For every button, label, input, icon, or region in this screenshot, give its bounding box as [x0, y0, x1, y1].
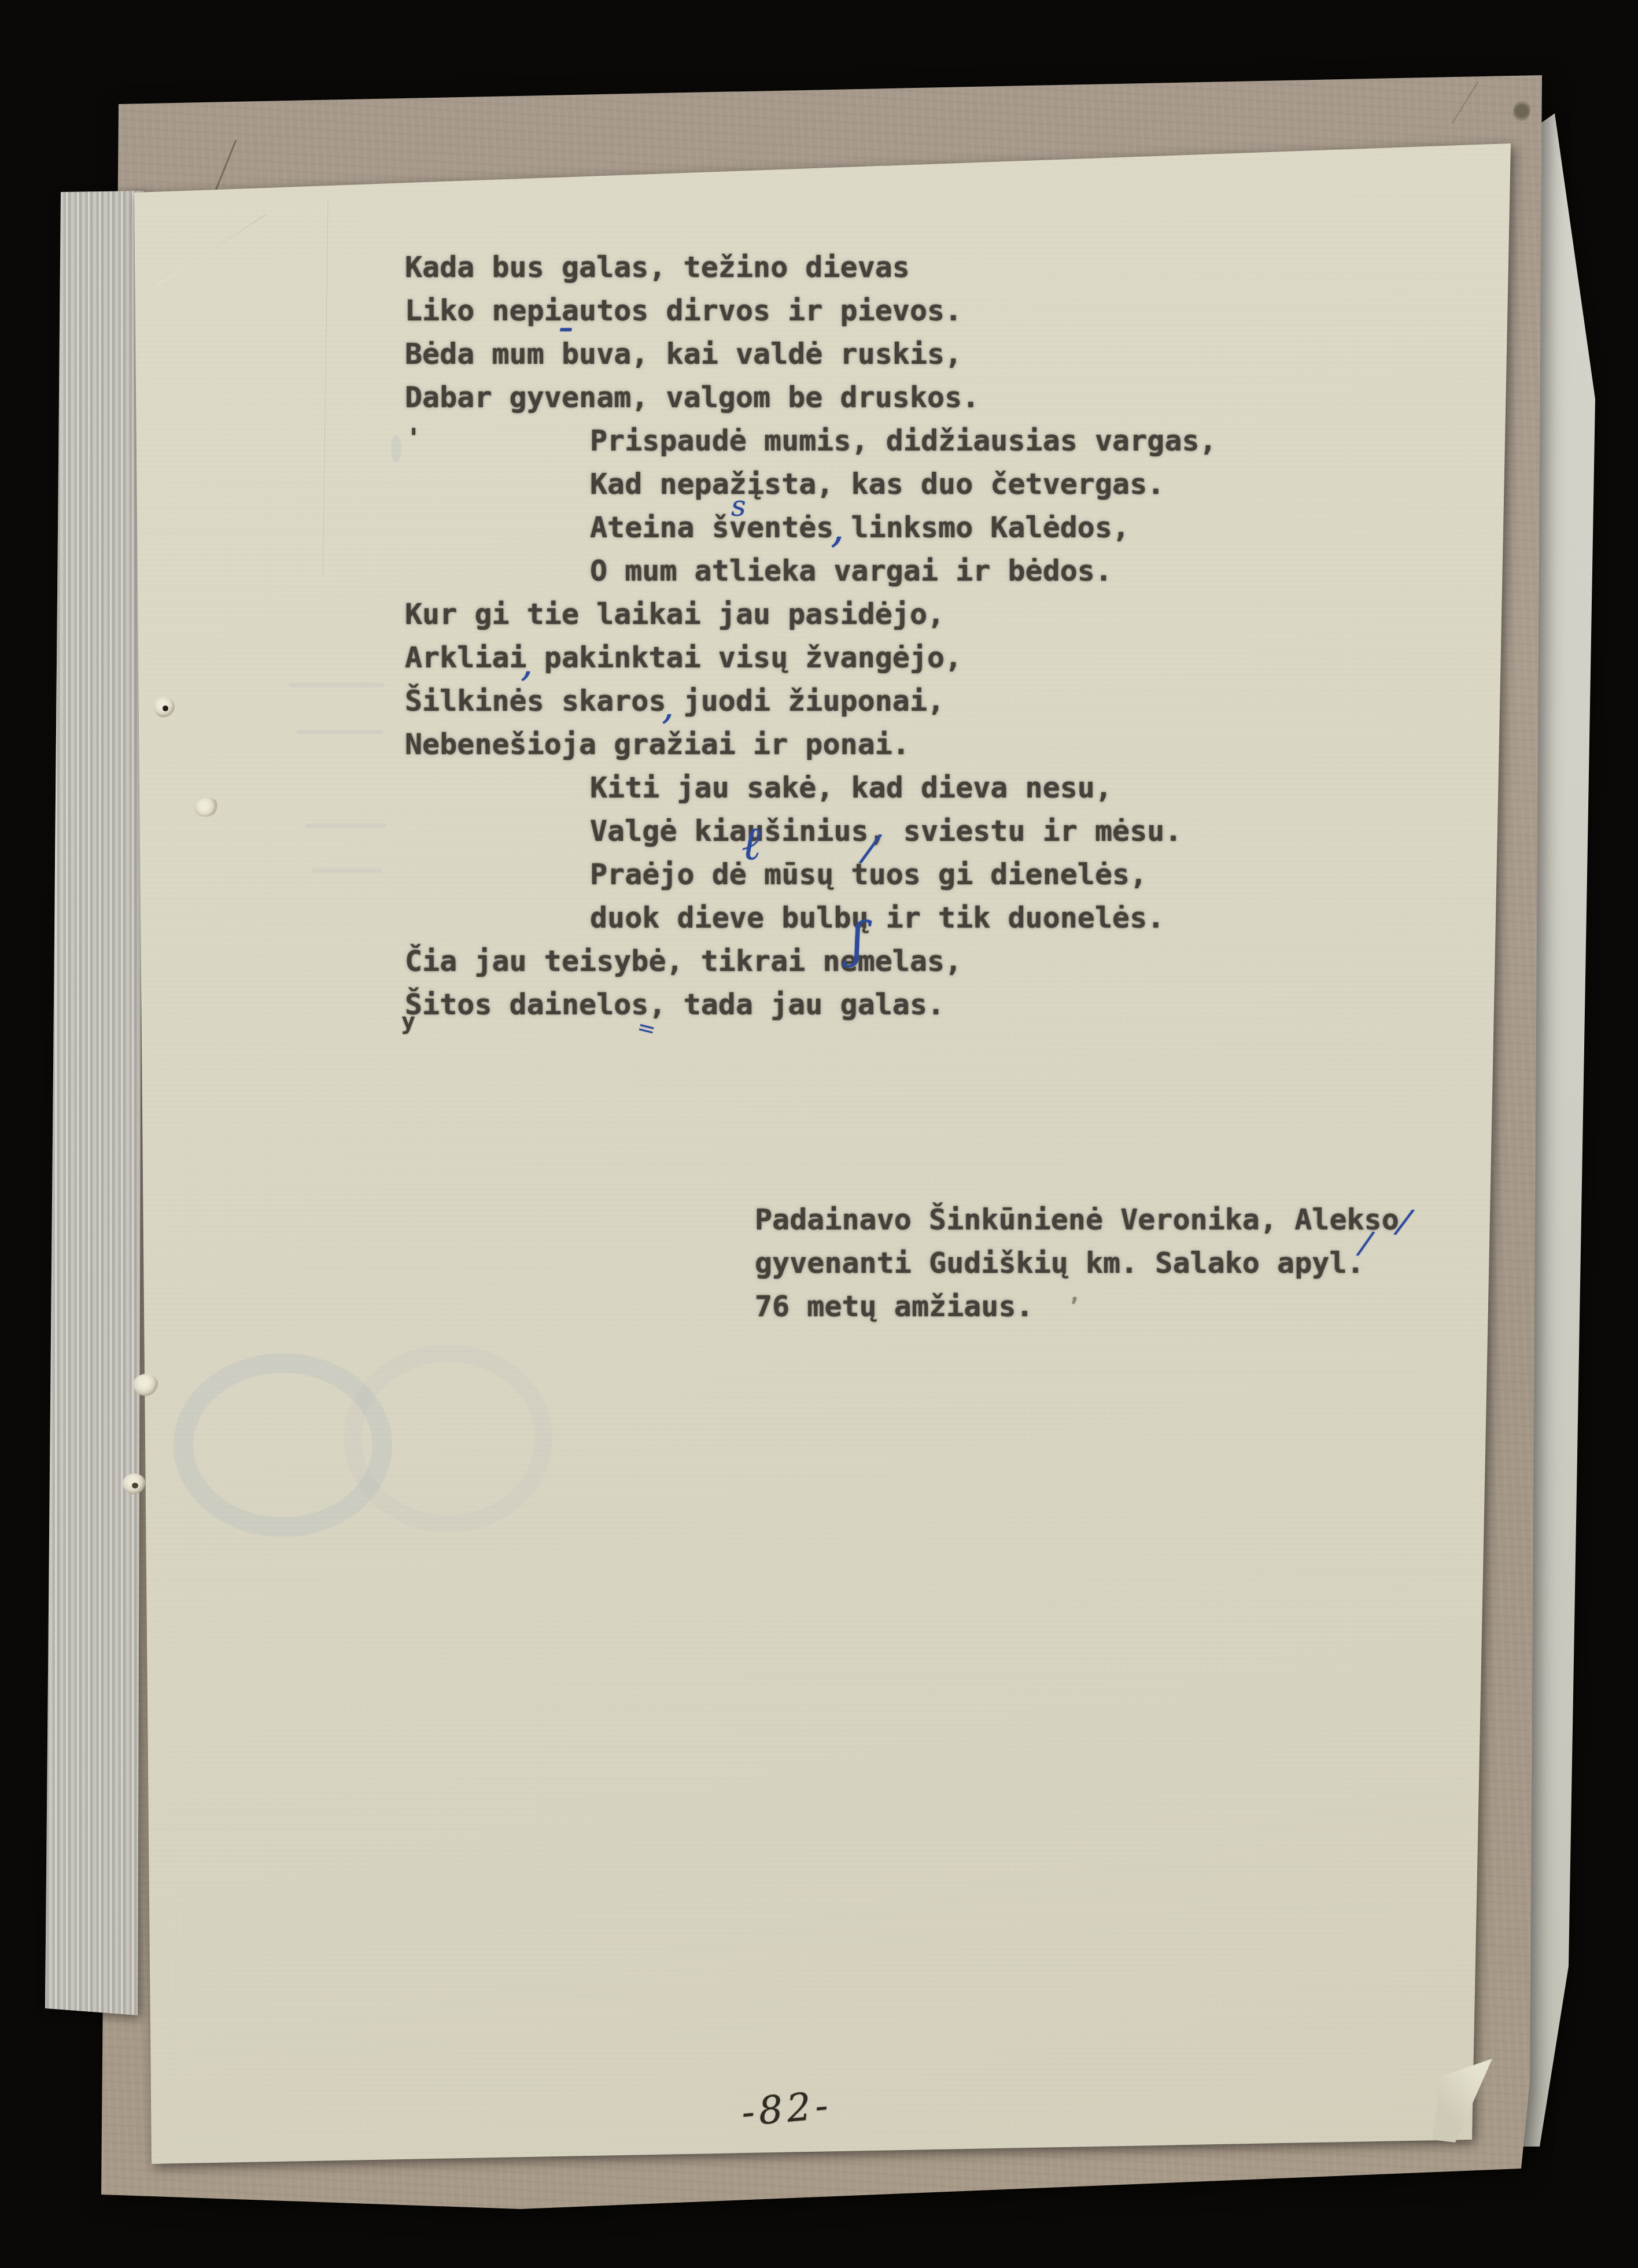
typed-text-layer: Kada bus galas, težino dievas Liko nepia…	[0, 0, 1638, 2268]
poem-line: Šilkinės skaros juodi žiuponai,	[405, 679, 1217, 723]
poem-line: Kiti jau sakė, kad dieva nesu,	[405, 766, 1217, 810]
archive-photo-scene: Kada bus galas, težino dievas Liko nepia…	[0, 0, 1638, 2268]
stray-typed-tick: ’	[1068, 1294, 1080, 1318]
ink-comma-after-sventes: ,	[831, 501, 844, 552]
poem-line: Ateina šventės linksmo Kalėdos,	[405, 506, 1217, 549]
stray-typed-y: y	[401, 1009, 415, 1035]
poem-line: Nebenešioja gražiai ir ponai.	[405, 723, 1217, 766]
ink-comma-after-arkliai: ,	[521, 640, 533, 685]
poem-line: Kada bus galas, težino dievas	[405, 246, 1217, 289]
poem-line: Prispaudė mumis, didžiausias vargas,	[405, 419, 1217, 463]
poem-line: Kad nepažįsta, kas duo četvergas.	[405, 463, 1217, 506]
poem-line: Šitos dainelos, tada jau galas.	[405, 983, 1217, 1026]
poem-line: Praėjo dė mūsų tuos gi dienelės,	[405, 853, 1217, 896]
poem-line: Čia jau teisybė, tikrai nemelas,	[405, 940, 1217, 983]
poem-block: Kada bus galas, težino dievas Liko nepia…	[405, 246, 1217, 1026]
handwritten-page-number: -82-	[740, 2082, 834, 2134]
ink-stroke-over-nemelas: ʃ	[851, 911, 865, 968]
ink-letter-s-below-nepazista: s	[731, 489, 746, 523]
poem-line: Liko nepiautos dirvos ir pievos.	[405, 289, 1217, 333]
poem-line: duok dieve bulbų ir tik duonelės.	[405, 896, 1217, 940]
attribution-line: gyvenanti Gudiškių km. Salako apyl.	[755, 1242, 1399, 1285]
ink-macron-over-buva: ¯	[554, 322, 573, 365]
ink-comma-after-skaros: ,	[662, 682, 674, 728]
poem-line: Kur gi tie laikai jau pasidėjo,	[405, 593, 1217, 636]
stray-typed-apostrophe: '	[406, 424, 422, 453]
poem-line: Bėda mum buva, kai valdė ruskis,	[405, 333, 1217, 376]
poem-line: Dabar gyvenam, valgom be druskos.	[405, 376, 1217, 419]
poem-line: O mum atlieka vargai ir bėdos.	[405, 549, 1217, 593]
poem-line: Valgė kiaušinius, sviestu ir mėsu.	[405, 810, 1217, 853]
attribution-line: Padainavo Šinkūnienė Veronika, Alekso	[755, 1198, 1399, 1242]
ink-script-l-after-de: ℓ	[741, 817, 761, 871]
